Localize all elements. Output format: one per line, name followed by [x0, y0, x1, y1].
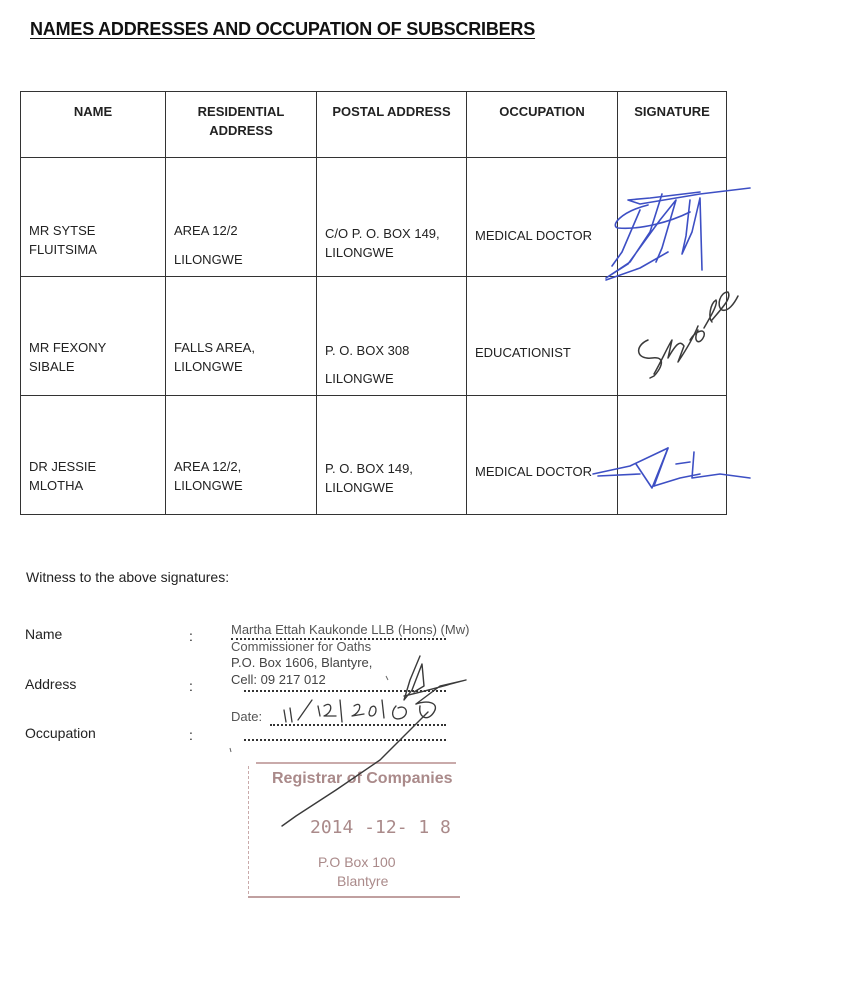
dotted-line: [244, 739, 446, 741]
commissioner-title: Commissioner for Oaths: [231, 639, 371, 654]
dotted-line: [270, 724, 446, 726]
name-cell: MR SYTSEFLUITSIMA: [29, 221, 97, 259]
postal-cell: C/O P. O. BOX 149,LILONGWE: [325, 224, 440, 262]
residential-cell: AREA 12/2: [174, 221, 238, 240]
commissioner-po-box: P.O. Box 1606, Blantyre,: [231, 655, 372, 670]
signature-cell: [626, 158, 726, 276]
occupation-cell: EDUCATIONIST: [475, 343, 571, 362]
registrar-city: Blantyre: [337, 873, 388, 889]
postal-cell: P. O. BOX 149,LILONGWE: [325, 459, 413, 497]
residential-cell-line2: LILONGWE: [174, 250, 243, 269]
name-cell: MR FEXONYSIBALE: [29, 338, 106, 376]
colon: :: [189, 678, 193, 694]
date-label: Date:: [231, 709, 262, 724]
registrar-po-box: P.O Box 100: [318, 854, 396, 870]
registrar-date: 2014 -12- 1 8: [310, 817, 451, 838]
postal-cell-line2: LILONGWE: [325, 369, 394, 388]
header-name: NAME: [21, 92, 166, 158]
witness-heading: Witness to the above signatures:: [26, 569, 229, 585]
registrar-stamp: Registrar of Companies 2014 -12- 1 8 P.O…: [248, 762, 460, 898]
commissioner-name: Martha Ettah Kaukonde LLB (Hons) (Mw): [231, 622, 469, 637]
header-residential-address: RESIDENTIAL ADDRESS: [166, 92, 317, 158]
signature-cell: [626, 277, 726, 395]
colon: :: [189, 727, 193, 743]
header-postal-address: POSTAL ADDRESS: [317, 92, 467, 158]
table-header-row: NAME RESIDENTIAL ADDRESS POSTAL ADDRESS …: [21, 92, 727, 158]
witness-address-label: Address: [25, 676, 76, 692]
stamp-border: [256, 762, 456, 764]
postal-cell: P. O. BOX 308: [325, 341, 409, 360]
residential-cell: AREA 12/2,LILONGWE: [174, 457, 243, 495]
name-cell: DR JESSIEMLOTHA: [29, 457, 96, 495]
registrar-title: Registrar of Companies: [272, 770, 452, 788]
table-row: MR SYTSEFLUITSIMA AREA 12/2 LILONGWE C/O…: [21, 158, 727, 277]
handwritten-date-icon: [284, 700, 406, 722]
residential-cell: FALLS AREA,LILONGWE: [174, 338, 255, 376]
header-signature: SIGNATURE: [618, 92, 727, 158]
document-title: NAMES ADDRESSES AND OCCUPATION OF SUBSCR…: [30, 19, 535, 40]
witness-name-label: Name: [25, 626, 62, 642]
stamp-border: [248, 766, 249, 894]
commissioner-cell: Cell: 09 217 012: [231, 672, 326, 687]
dotted-line: [244, 690, 446, 692]
occupation-cell: MEDICAL DOCTOR: [475, 462, 592, 481]
stamp-border: [248, 896, 460, 898]
table-row: MR FEXONYSIBALE FALLS AREA,LILONGWE P. O…: [21, 277, 727, 396]
witness-occupation-label: Occupation: [25, 725, 96, 741]
table-row: DR JESSIEMLOTHA AREA 12/2,LILONGWE P. O.…: [21, 396, 727, 515]
header-occupation: OCCUPATION: [467, 92, 618, 158]
signature-cell: [626, 396, 726, 514]
subscribers-table: NAME RESIDENTIAL ADDRESS POSTAL ADDRESS …: [20, 91, 727, 515]
occupation-cell: MEDICAL DOCTOR: [475, 226, 592, 245]
colon: :: [189, 628, 193, 644]
